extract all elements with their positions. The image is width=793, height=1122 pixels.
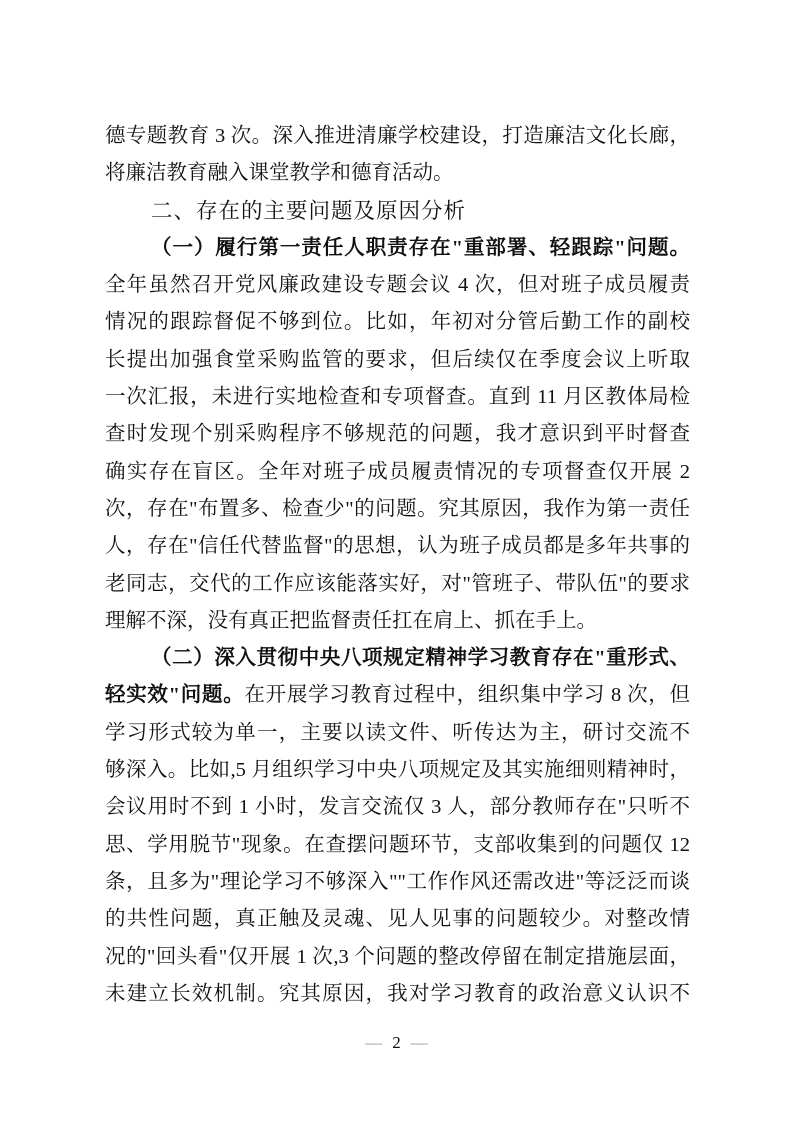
- text-segment: 情况的跟踪督促不够到位。比如，年初对分管后勤工作的副校: [105, 311, 690, 333]
- text-segment: 未建立长效机制。究其原因，我对学习教育的政治意义认识不: [105, 983, 690, 1005]
- text-segment: 一次汇报，未进行实地检查和专项督查。直到 11 月区教体局检: [105, 386, 690, 408]
- text-segment: 况的"回头看"仅开展 1 次,3 个问题的整改停留在制定措施层面，: [105, 946, 690, 968]
- text-segment: 理解不深，没有真正把监督责任扛在肩上、抓在手上。: [105, 610, 597, 632]
- text-segment: 长提出加强食堂采购监管的要求，但后续仅在季度会议上听取: [105, 349, 690, 371]
- text-line: 老同志，交代的工作应该能落实好，对"管班子、带队伍"的要求: [105, 566, 690, 603]
- document-page: 德专题教育 3 次。深入推进清廉学校建设，打造廉洁文化长廊，将廉洁教育融入课堂教…: [0, 0, 793, 1122]
- section-heading: 二、存在的主要问题及原因分析: [105, 193, 690, 230]
- text-line: 长提出加强食堂采购监管的要求，但后续仅在季度会议上听取: [105, 342, 690, 379]
- text-line: 条，且多为"理论学习不够深入""工作作风还需改进"等泛泛而谈: [105, 864, 690, 901]
- text-line: 人，存在"信任代替监督"的思想，认为班子成员都是多年共事的: [105, 528, 690, 565]
- text-segment: 思、学用脱节"现象。在查摆问题环节，支部收集到的问题仅 12: [105, 834, 690, 856]
- text-segment: 够深入。比如,5 月组织学习中央八项规定及其实施细则精神时，: [105, 759, 690, 781]
- text-segment: 德专题教育 3 次。深入推进清廉学校建设，打造廉洁文化长廊，: [105, 125, 690, 147]
- text-segment: 轻实效"问题。: [105, 684, 244, 706]
- text-line: 况的"回头看"仅开展 1 次,3 个问题的整改停留在制定措施层面，: [105, 939, 690, 976]
- text-segment: 条，且多为"理论学习不够深入""工作作风还需改进"等泛泛而谈: [105, 871, 690, 893]
- text-block: 德专题教育 3 次。深入推进清廉学校建设，打造廉洁文化长廊，将廉洁教育融入课堂教…: [105, 118, 690, 1013]
- text-line: 次，存在"布置多、检查少"的问题。究其原因，我作为第一责任: [105, 491, 690, 528]
- footer-dash-right: —: [411, 1033, 428, 1052]
- text-segment: 二、存在的主要问题及原因分析: [151, 199, 466, 223]
- text-segment: （二）深入贯彻中央八项规定精神学习教育存在"重形式、: [151, 647, 690, 669]
- footer-dash-left: —: [365, 1033, 382, 1052]
- text-segment: 人，存在"信任代替监督"的思想，认为班子成员都是多年共事的: [105, 535, 690, 557]
- text-segment: 老同志，交代的工作应该能落实好，对"管班子、带队伍"的要求: [105, 573, 690, 595]
- text-segment: 确实存在盲区。全年对班子成员履责情况的专项督查仅开展 2: [105, 461, 690, 483]
- text-line: 轻实效"问题。在开展学习教育过程中，组织集中学习 8 次，但: [105, 677, 690, 714]
- text-line: 全年虽然召开党风廉政建设专题会议 4 次，但对班子成员履责: [105, 267, 690, 304]
- text-line: 将廉洁教育融入课堂教学和德育活动。: [105, 155, 690, 192]
- text-segment: 次，存在"布置多、检查少"的问题。究其原因，我作为第一责任: [105, 498, 690, 520]
- text-line: 确实存在盲区。全年对班子成员履责情况的专项督查仅开展 2: [105, 454, 690, 491]
- text-segment: 学习形式较为单一，主要以读文件、听传达为主，研讨交流不: [105, 722, 690, 744]
- text-line: 够深入。比如,5 月组织学习中央八项规定及其实施细则精神时，: [105, 752, 690, 789]
- text-line: （一）履行第一责任人职责存在"重部署、轻跟踪"问题。: [105, 230, 690, 267]
- text-line: 的共性问题，真正触及灵魂、见人见事的问题较少。对整改情: [105, 901, 690, 938]
- text-line: 未建立长效机制。究其原因，我对学习教育的政治意义认识不: [105, 976, 690, 1013]
- page-footer: —2—: [0, 1031, 793, 1055]
- text-segment: 将廉洁教育融入课堂教学和德育活动。: [105, 162, 454, 184]
- text-segment: （一）履行第一责任人职责存在"重部署、轻跟踪"问题。: [151, 237, 690, 259]
- page-number: 2: [392, 1033, 401, 1052]
- text-line: 会议用时不到 1 小时，发言交流仅 3 人，部分教师存在"只听不: [105, 789, 690, 826]
- text-line: 一次汇报，未进行实地检查和专项督查。直到 11 月区教体局检: [105, 379, 690, 416]
- text-segment: 会议用时不到 1 小时，发言交流仅 3 人，部分教师存在"只听不: [105, 796, 690, 818]
- text-line: 查时发现个别采购程序不够规范的问题，我才意识到平时督查: [105, 416, 690, 453]
- text-segment: 全年虽然召开党风廉政建设专题会议 4 次，但对班子成员履责: [105, 274, 690, 296]
- text-segment: 的共性问题，真正触及灵魂、见人见事的问题较少。对整改情: [105, 908, 690, 930]
- text-line: 理解不深，没有真正把监督责任扛在肩上、抓在手上。: [105, 603, 690, 640]
- text-line: 思、学用脱节"现象。在查摆问题环节，支部收集到的问题仅 12: [105, 827, 690, 864]
- text-line: 学习形式较为单一，主要以读文件、听传达为主，研讨交流不: [105, 715, 690, 752]
- text-line: 情况的跟踪督促不够到位。比如，年初对分管后勤工作的副校: [105, 304, 690, 341]
- text-segment: 在开展学习教育过程中，组织集中学习 8 次，但: [244, 684, 690, 706]
- text-line: （二）深入贯彻中央八项规定精神学习教育存在"重形式、: [105, 640, 690, 677]
- text-line: 德专题教育 3 次。深入推进清廉学校建设，打造廉洁文化长廊，: [105, 118, 690, 155]
- text-segment: 查时发现个别采购程序不够规范的问题，我才意识到平时督查: [105, 423, 690, 445]
